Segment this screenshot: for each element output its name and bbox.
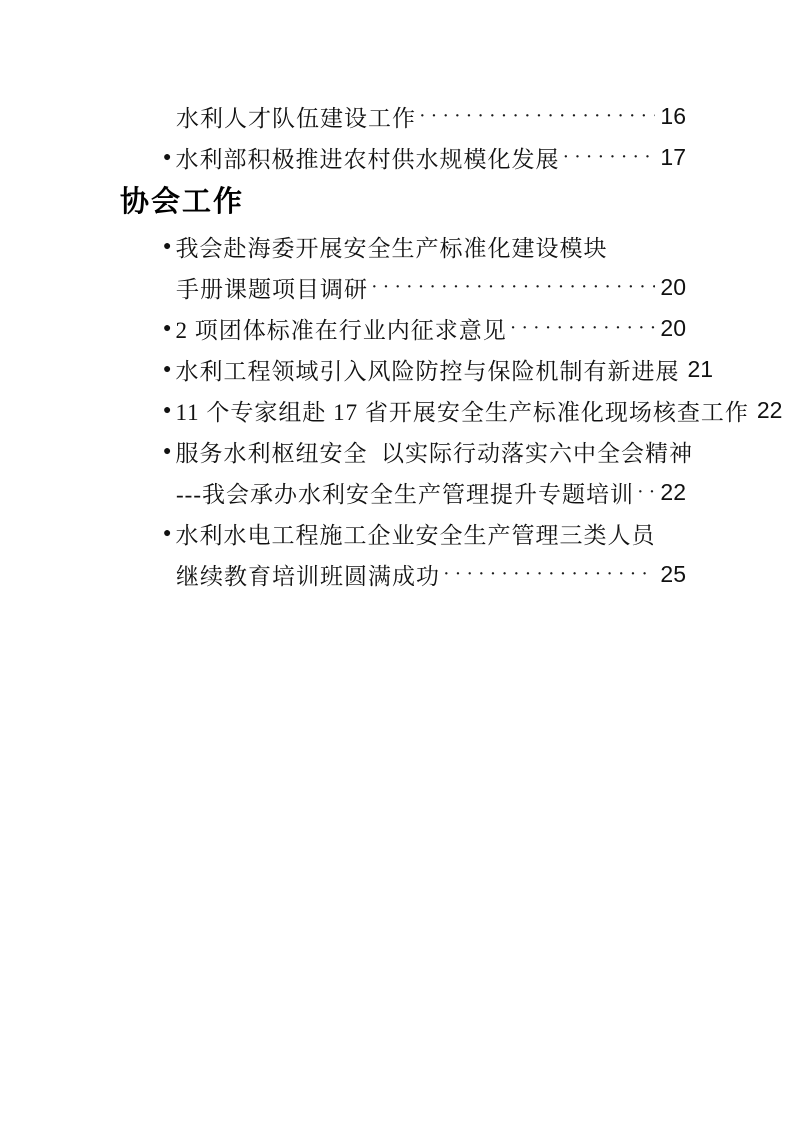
document-page: 水利人才队伍建设工作······························… <box>0 0 800 1131</box>
toc-entry-title: ---我会承办水利安全生产管理提升专题培训 <box>176 476 634 509</box>
dot-leader: ········································… <box>443 563 655 586</box>
toc-page-number: 17 <box>660 144 686 171</box>
bullet-icon: ● <box>163 322 172 336</box>
dot-leader: ········································… <box>562 146 655 169</box>
toc-entry: ●11 个专家组赴 17 省开展安全生产标准化现场核查工作···········… <box>120 390 686 431</box>
toc-entry: ●2 项团体标准在行业内征求意见························… <box>120 308 686 349</box>
toc-page-number: 22 <box>757 397 783 424</box>
toc-entry-title: 11 个专家组赴 17 省开展安全生产标准化现场核查工作 <box>175 394 748 427</box>
toc-entry-title: 手册课题项目调研 <box>176 271 368 304</box>
toc-entry-title: 水利水电工程施工企业安全生产管理三类人员 <box>175 517 655 550</box>
toc-entry-title: 水利工程领域引入风险防控与保险机制有新进展 <box>175 353 679 386</box>
toc-page-number: 20 <box>660 274 686 301</box>
bullet-icon: ● <box>163 240 172 254</box>
bullet-icon: ● <box>163 527 172 541</box>
toc-entry-title: 2 项团体标准在行业内征求意见 <box>175 312 506 345</box>
toc-page-number: 16 <box>660 103 686 130</box>
toc-page-number: 20 <box>660 315 686 342</box>
dot-leader: ········································… <box>371 276 655 299</box>
toc-page-number: 22 <box>660 479 686 506</box>
toc-entry-title: 服务水利枢纽安全 以实际行动落实六中全会精神 <box>175 435 693 468</box>
toc-entry-title: 水利部积极推进农村供水规模化发展 <box>175 141 559 174</box>
toc-entry: ●水利工程领域引入风险防控与保险机制有新进展··················… <box>120 349 686 390</box>
section-header: 协会工作 <box>120 178 686 226</box>
dot-leader: ········································… <box>510 317 656 340</box>
toc-entry-title: 我会赴海委开展安全生产标准化建设模块 <box>175 230 607 263</box>
toc-entry-title: 继续教育培训班圆满成功 <box>176 558 440 591</box>
toc-entry: 继续教育培训班圆满成功·····························… <box>120 554 686 595</box>
bullet-icon: ● <box>163 404 172 418</box>
toc-page-number: 25 <box>660 561 686 588</box>
toc-entry-title: 水利人才队伍建设工作 <box>176 100 416 133</box>
toc-page-number: 21 <box>687 356 713 383</box>
bullet-icon: ● <box>163 363 172 377</box>
bullet-icon: ● <box>163 151 172 165</box>
toc-entry: ---我会承办水利安全生产管理提升专题培训···················… <box>120 472 686 513</box>
toc-list: 水利人才队伍建设工作······························… <box>120 96 686 595</box>
dot-leader: ········································… <box>637 481 655 504</box>
toc-entry: 手册课题项目调研································… <box>120 267 686 308</box>
toc-entry: ●水利部积极推进农村供水规模化发展·······················… <box>120 137 686 178</box>
toc-entry: ●我会赴海委开展安全生产标准化建设模块 <box>120 226 686 267</box>
toc-entry: ●水利水电工程施工企业安全生产管理三类人员 <box>120 513 686 554</box>
dot-leader: ········································… <box>419 105 655 128</box>
toc-entry: 水利人才队伍建设工作······························… <box>120 96 686 137</box>
toc-entry: ●服务水利枢纽安全 以实际行动落实六中全会精神 <box>120 431 686 472</box>
bullet-icon: ● <box>163 445 172 459</box>
